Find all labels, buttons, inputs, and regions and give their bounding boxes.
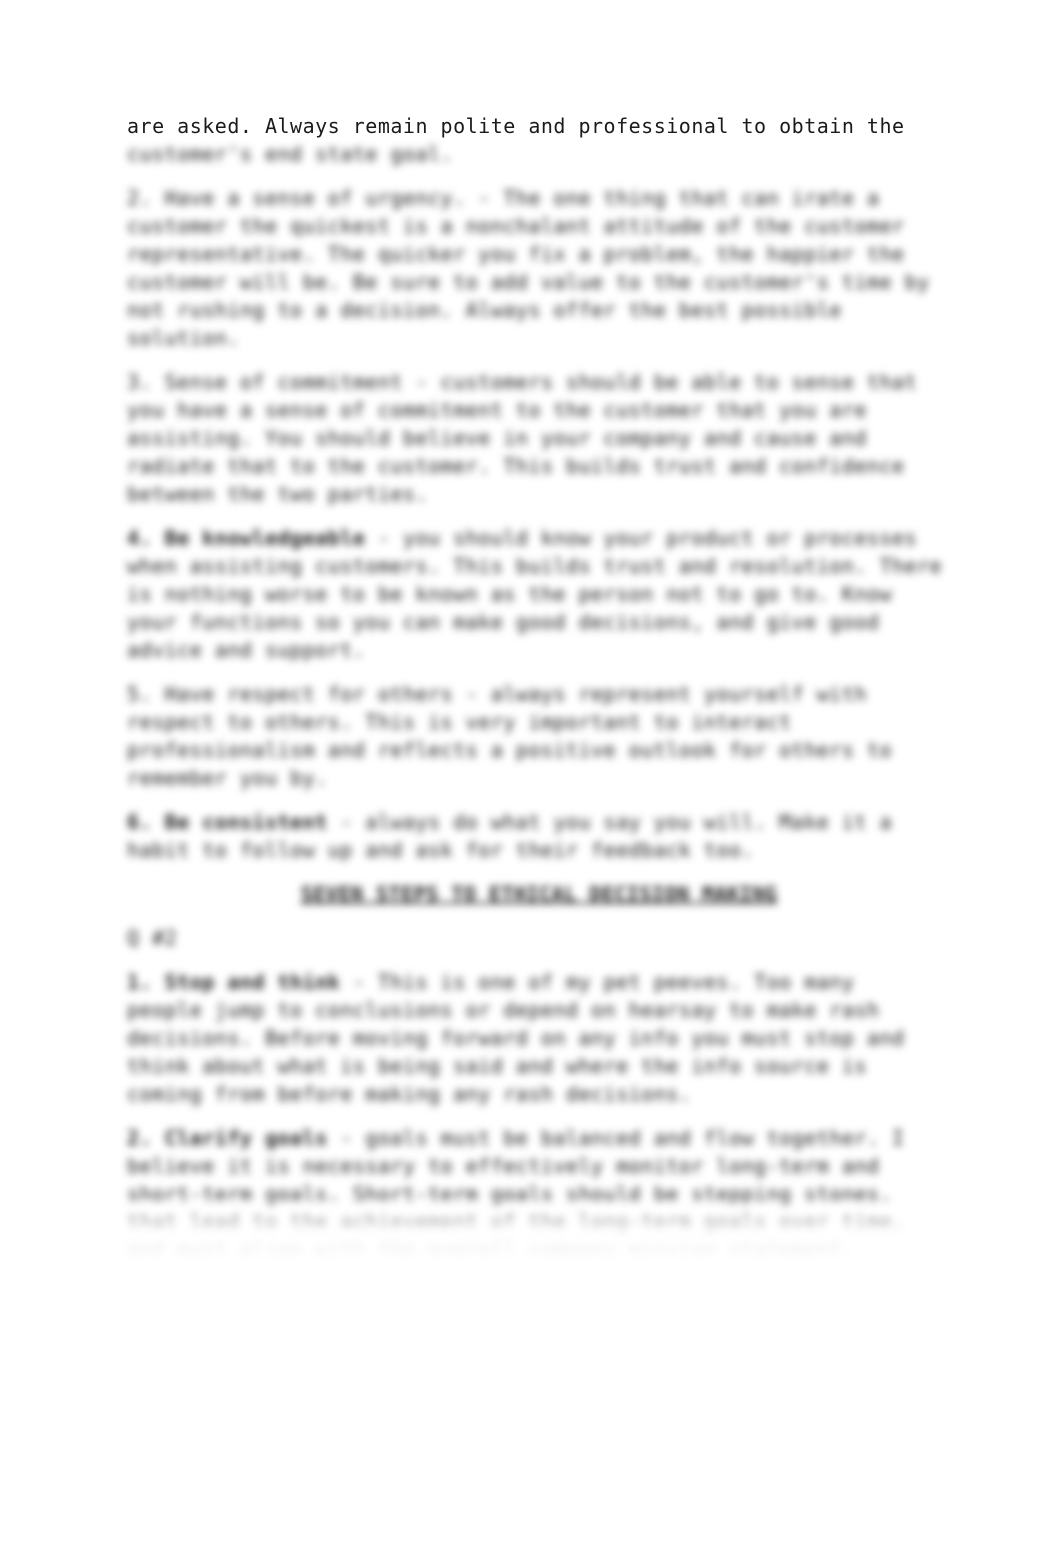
- stop-think-lead: 1. Stop and think: [127, 970, 340, 994]
- clarify-line: short-term goals. Short-term goals shoul…: [127, 1180, 951, 1208]
- urgency-line: not rushing to a decision. Always offer …: [127, 296, 951, 324]
- respect-line: respect to others. This is very importan…: [127, 708, 951, 736]
- knowledgeable-first-line: 4. Be knowledgeable - you should know yo…: [127, 524, 951, 552]
- stop-think-line: decisions. Before moving forward on any …: [127, 1024, 951, 1052]
- urgency-line: customer will be. Be sure to add value t…: [127, 268, 951, 296]
- clarify-first-line: 2. Clarify goals - goals must be balance…: [127, 1124, 951, 1152]
- clarify-line: believe it is necessary to effectively m…: [127, 1152, 951, 1180]
- stop-think-lead-rest: - This is one of my pet peeves. Too many: [340, 970, 854, 994]
- document-page: are asked. Always remain polite and prof…: [0, 0, 1062, 1556]
- knowledgeable-line: your functions so you can make good deci…: [127, 608, 951, 636]
- respect-line: 5. Have respect for others - always repr…: [127, 680, 951, 708]
- commitment-line: you have a sense of commitment to the cu…: [127, 396, 951, 424]
- stop-think-line: think about what is being said and where…: [127, 1052, 951, 1080]
- intro-sharp-line: are asked. Always remain polite and prof…: [127, 112, 951, 140]
- urgency-line: 2. Have a sense of urgency. - The one th…: [127, 184, 951, 212]
- knowledgeable-line: advice and support.: [127, 636, 951, 664]
- intro-blurred-line: customer's end state goal.: [127, 140, 951, 168]
- paragraph-knowledgeable: 4. Be knowledgeable - you should know yo…: [127, 524, 951, 664]
- paragraph-consistent: 6. Be consistent - always do what you sa…: [127, 808, 951, 864]
- urgency-line: representative. The quicker you fix a pr…: [127, 240, 951, 268]
- respect-line: professionalism and reflects a positive …: [127, 736, 951, 764]
- clarify-lead-rest: - goals must be balanced and flow togeth…: [328, 1126, 905, 1150]
- paragraph-stop-think: 1. Stop and think - This is one of my pe…: [127, 968, 951, 1108]
- clarify-line: and must align with the overall company …: [127, 1236, 951, 1264]
- commitment-line: 3. Sense of commitment - customers shoul…: [127, 368, 951, 396]
- knowledgeable-lead-rest: - you should know your product or proces…: [365, 526, 917, 550]
- stop-think-line: people jump to conclusions or depend on …: [127, 996, 951, 1024]
- paragraph-urgency: 2. Have a sense of urgency. - The one th…: [127, 184, 951, 352]
- stop-think-first-line: 1. Stop and think - This is one of my pe…: [127, 968, 951, 996]
- paragraph-commitment: 3. Sense of commitment - customers shoul…: [127, 368, 951, 508]
- knowledgeable-line: is nothing worse to be known as the pers…: [127, 580, 951, 608]
- clarify-line: that lead to the achievement of the long…: [127, 1208, 951, 1236]
- consistent-first-line: 6. Be consistent - always do what you sa…: [127, 808, 951, 836]
- knowledgeable-lead: 4. Be knowledgeable: [127, 526, 365, 550]
- paragraph-clarify-goals: 2. Clarify goals - goals must be balance…: [127, 1124, 951, 1264]
- question-label: Q #2: [127, 924, 951, 952]
- paragraph-respect: 5. Have respect for others - always repr…: [127, 680, 951, 792]
- stop-think-line: coming from before making any rash decis…: [127, 1080, 951, 1108]
- respect-line: remember you by.: [127, 764, 951, 792]
- commitment-line: between the two parties.: [127, 480, 951, 508]
- section-heading: SEVEN STEPS TO ETHICAL DECISION MAKING: [127, 880, 951, 908]
- clarify-lead: 2. Clarify goals: [127, 1126, 328, 1150]
- document-content: are asked. Always remain polite and prof…: [127, 112, 951, 1280]
- urgency-line: customer the quickest is a nonchalant at…: [127, 212, 951, 240]
- urgency-line: solution.: [127, 324, 951, 352]
- consistent-lead: 6. Be consistent: [127, 810, 328, 834]
- knowledgeable-line: when assisting customers. This builds tr…: [127, 552, 951, 580]
- paragraph-intro: are asked. Always remain polite and prof…: [127, 112, 951, 168]
- consistent-lead-rest: - always do what you say you will. Make …: [328, 810, 892, 834]
- commitment-line: assisting. You should believe in your co…: [127, 424, 951, 452]
- consistent-line: habit to follow up and ask for their fee…: [127, 836, 951, 864]
- commitment-line: radiate that to the customer. This build…: [127, 452, 951, 480]
